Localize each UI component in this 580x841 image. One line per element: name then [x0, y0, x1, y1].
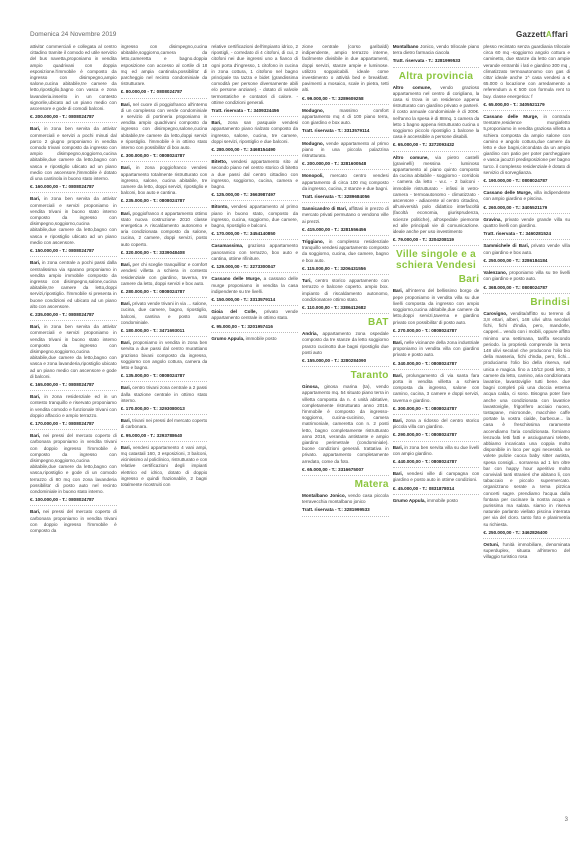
ad-location: Bari, — [393, 340, 403, 345]
classified-ad: Ginosa, ginosa marina (ta), vendo appart… — [302, 384, 389, 476]
ad-location: Bitetto, — [211, 159, 227, 164]
classified-ad: Bari, zona a ridosso del centro storico … — [393, 418, 480, 442]
ad-price-phone: €. 250.000,00 - T.: 3462826400 — [483, 530, 570, 536]
ad-location: Andria, — [302, 331, 318, 336]
ad-body: Montalbano Jonico, vendo casa piccola te… — [302, 493, 389, 505]
ad-price-phone: €. 65.000,00 - T.: 3316675007 — [302, 467, 389, 473]
ad-body: Monopoli, mercato centro vendesi apparta… — [302, 173, 389, 192]
ad-location: Bari, — [121, 385, 131, 390]
ad-price-phone: €. 190.000,00 - T.: 0808024787 — [483, 178, 570, 184]
ad-text: in contrada trentatre,residence murgiafe… — [483, 114, 570, 175]
ad-location: Bari, — [393, 373, 403, 378]
classified-ad: Bari, per chi sceglie tranquillita' e co… — [121, 262, 208, 298]
classified-ad: Cassano delle Murge, villa indipendente … — [483, 190, 570, 214]
ad-location: Bari, — [30, 260, 40, 265]
ad-body: Gioia del Colle, privato vende appartame… — [211, 309, 298, 321]
ad-location: Cassano delle Murge, — [211, 276, 261, 281]
classified-ad: Bari, zona san pasquale vendesi appartam… — [211, 120, 298, 156]
classified-ad: Triggiano, in complesso residenziale tra… — [302, 239, 389, 275]
ad-price-phone: Tratt. riservata - T.: 3409324456 — [211, 108, 298, 114]
ad-location: Bari, — [30, 433, 40, 438]
ad-location: Bari, — [30, 126, 40, 131]
ad-location: Bari, — [30, 509, 40, 514]
classified-ad: Bari, in zona ben servita da attivita' c… — [30, 126, 117, 193]
ad-location: Bari, — [121, 418, 131, 423]
section-heading: Ville singole e a schiera Vendesi — [393, 249, 480, 271]
classified-ad: Bari, nei pressi del mercato coperto di … — [30, 509, 117, 536]
classified-ad: relative certificazioni dell'impianto id… — [211, 44, 298, 117]
classified-ad: Valenzano, proponiamo villa su tre livel… — [483, 270, 570, 294]
section-heading: Matera — [302, 479, 389, 490]
ad-body: Bari, in zona residenziale ed in un cont… — [30, 394, 117, 419]
classified-ad: Bari, centro trivani zona centrale a 2 p… — [121, 385, 208, 415]
classified-ad: Bari, in zona ben servita da attivita' c… — [30, 324, 117, 391]
ad-location: Bari, — [393, 288, 403, 293]
ad-price-phone: €. 170.000,00 - T.: 0808024787 — [30, 421, 117, 427]
logo-part-2: ffari — [552, 30, 568, 39]
ad-price-phone: Tratt. riservata - T.: 3281999533 — [302, 507, 389, 513]
ad-price-phone: €. 300.000,00 - T.: 0808024787 — [121, 153, 208, 159]
ad-body: Sammichele di Bari, privato vende villa … — [483, 243, 570, 255]
ad-body: Turi, centro storico appartamento con te… — [302, 278, 389, 303]
ad-text: ingresso con disimpegno,cucina abitabile… — [121, 44, 208, 86]
ad-text: zona a ridosso del centro storico piccol… — [393, 418, 480, 429]
ad-body: Andria, appartamento zona ospedale compo… — [302, 331, 389, 356]
ad-body: Bari, trivani nei pressi del mercato cop… — [121, 418, 208, 430]
ad-body: Ginosa, ginosa marina (ta), vendo appart… — [302, 384, 389, 465]
ad-price-phone: €. 110.000,00 - T.: 3386412682 — [302, 305, 389, 311]
classified-ad: Cassano delle Murge, in contrada trentat… — [483, 114, 570, 187]
classified-ad: zione centrale (corso garibaldi) indipen… — [302, 44, 389, 105]
ad-location: Bari, — [121, 301, 131, 306]
ad-location: Ginosa, — [302, 384, 319, 389]
issue-date: Domenica 24 Novembre 2019 — [30, 31, 116, 38]
ad-location: Bari, — [121, 340, 131, 345]
classified-ad: Bari, nel cuore di poggiofranco all'inte… — [121, 102, 208, 163]
ad-body: Bari, in zona ben servita da attivita' c… — [30, 324, 117, 380]
ad-price-phone: €. 280.000,00 - T.: 0808024787 — [121, 289, 208, 295]
ad-price-phone: €. 170.000,00 - T.: 3293080013 — [121, 406, 208, 412]
ad-text: attivita' commerciali e collegata al cen… — [30, 44, 117, 111]
ad-price-phone: €. 320.000,00 - T.: 3339048408 — [121, 250, 208, 256]
ad-body: Bari, zona a ridosso del centro storico … — [393, 418, 480, 430]
ad-text: vendo grazioso appartamento nel centro d… — [393, 85, 480, 140]
section-heading: Brindisi — [483, 297, 570, 308]
ad-body: Bari, nel cuore di poggiofranco all'inte… — [121, 102, 208, 152]
ad-body: Bari, in zona centrale a pochi passi dal… — [30, 260, 117, 310]
ad-text: in zona ben servita villa su due livelli… — [393, 445, 480, 456]
classified-ad: Bari, nelle vicinanze della zona industr… — [393, 340, 480, 370]
ad-price-phone: €. 235.000,00 - T.: 0808024787 — [30, 312, 117, 318]
ad-location: Bari, — [393, 418, 403, 423]
ad-location: Montalbano Jonico, — [302, 493, 346, 498]
classified-ad: Bari, in zona poggiofranco vendesi appar… — [121, 165, 208, 207]
ad-location: Altro comune, — [393, 85, 432, 90]
ad-price-phone: €. 79.000,00 - T.: 3204208119 — [393, 237, 480, 243]
section-heading: BAT — [302, 317, 389, 328]
ad-text: prolungamento di via santa fara porta in… — [393, 373, 480, 403]
ad-text: via pietro castelli (gravinelli) messina… — [393, 155, 480, 234]
classified-ad: Bari, proponiamo in vendita in zona ben … — [121, 340, 208, 382]
ad-location: Gioia del Colle, — [211, 309, 257, 314]
ad-text: immobile posto — [426, 498, 458, 503]
classified-ad: Modugno, vende appartamento al primo pia… — [302, 141, 389, 171]
ad-text: centro storico appartamento con terrazzo… — [302, 278, 389, 302]
ad-body: Bari, nei pressi del mercato coperto di … — [30, 509, 117, 534]
ad-location: Sannicandro di Bari, — [302, 206, 347, 211]
classified-ad: Sannicandro di Bari, affittasi in prezzo… — [302, 206, 389, 236]
ad-location: Turi, — [302, 278, 312, 283]
ad-body: zione centrale (corso garibaldi) indipen… — [302, 44, 389, 94]
classified-ad: plesso recintato senza guardiania triloc… — [483, 44, 570, 111]
ad-text: zione centrale (corso garibaldi) indipen… — [302, 44, 389, 92]
ad-location: Valenzano, — [483, 270, 507, 275]
ad-location: Bari, — [30, 196, 40, 201]
ad-body: Bari, vendesi ville di campagna con giar… — [393, 471, 480, 483]
classified-ad: Altro comune, vendo grazioso appartament… — [393, 85, 480, 152]
ad-body: Bitonto, vendesi appartamento al primo p… — [211, 204, 298, 229]
classified-ad: Grumo Appula, immobile posto — [393, 498, 480, 506]
ad-price-phone: €. 440.000,00 - T.: 0808024787 — [393, 459, 480, 465]
ad-text: per chi sceglie tranquillita' e comfort … — [121, 262, 208, 286]
ad-body: attivita' commerciali e collegata al cen… — [30, 44, 117, 112]
ad-location: Bari, — [30, 394, 40, 399]
ad-price-phone: €. 260.000,00 - T.: 3405521179 — [483, 205, 570, 211]
ad-text: in zona ben servita da attivita' commerc… — [30, 196, 117, 244]
ad-body: Triggiano, in complesso residenziale tra… — [302, 239, 389, 264]
ad-text: nelle vicinanze della zona industriale p… — [393, 340, 480, 357]
ad-location: Grumo Appula, — [211, 336, 244, 341]
ad-text: proponiamo in vendita in zona ben servit… — [121, 340, 208, 370]
classified-ad: Monopoli, mercato centro vendesi apparta… — [302, 173, 389, 203]
ad-price-phone: €. 150.000,00 - T.: 3313579114 — [211, 297, 298, 303]
ad-text: ginosa marina (ta), vendo appartamento m… — [302, 384, 389, 463]
ad-price-phone: €. 80.000,00 - T.: 0808024787 — [121, 89, 208, 95]
ad-body: Carovigno, vendita/affitto su terreno di… — [483, 311, 570, 528]
column-2: ingresso con disimpegno,cucina abitabile… — [121, 44, 208, 814]
ad-price-phone: €. 300.000,00 - T.: 0808024787 — [393, 406, 480, 412]
ad-location: Bitonto, — [211, 204, 228, 209]
ad-location: Sammichele di Bari, — [483, 243, 529, 248]
ad-text: vendita/affitto su terreno di 3,8 ettari… — [483, 311, 570, 527]
classified-ad: Bari, in zona ben servita da attivita' c… — [30, 196, 117, 257]
ad-price-phone: €. 200.000,00 - T.: 3281600548 — [302, 161, 389, 167]
classified-ad: Montalbano Jonico, vendo trilocale piano… — [393, 44, 480, 68]
ad-body: Bari, privato vende trivani in via ... s… — [121, 301, 208, 326]
ad-price-phone: €. 65.000,00 - T.: 3272093432 — [393, 142, 480, 148]
ad-location: Bari, — [121, 211, 131, 216]
ad-body: Altro comune, vendo grazioso appartament… — [393, 85, 480, 141]
ad-location: Montalbano — [393, 44, 419, 49]
ad-location: Bari, — [211, 120, 221, 125]
ad-body: Bari, vendesi appartamento 4 vani ampi, … — [121, 445, 208, 488]
logo-part-1: Gazzett — [516, 30, 546, 39]
classified-ad: Cassano delle Murge, a cassano delle mur… — [211, 276, 298, 306]
ad-body: Cassano delle Murge, a cassano delle mur… — [211, 276, 298, 295]
ad-body: Bari, zona san pasquale vendesi appartam… — [211, 120, 298, 145]
ad-location: Bari, — [121, 102, 131, 107]
ad-price-phone: €. 200.000,00 - T.: 0808024787 — [30, 114, 117, 120]
ad-price-phone: €. 170.000,00 - T.: 3454140850 — [211, 231, 298, 237]
classified-ad: Bari, trivani nei pressi del mercato cop… — [121, 418, 208, 442]
column-6: plesso recintato senza guardiania triloc… — [483, 44, 570, 814]
ad-body: Bari, all'interno del bellissimo borgo d… — [393, 288, 480, 325]
ad-price-phone: €. 180.000,00 - T.: 3471693011 — [121, 328, 208, 334]
ad-body: Bari, in zona ben servita da attivita' c… — [30, 126, 117, 182]
classified-ad: Bari, prolungamento di via santa fara po… — [393, 373, 480, 415]
classified-ad: Bari, in zona ben servita villa su due l… — [393, 445, 480, 469]
ad-body: Bari, per chi sceglie tranquillita' e co… — [121, 262, 208, 287]
ad-location: Cassano delle Murge, — [483, 114, 538, 119]
ad-body: Grumo Appula, immobile posto — [393, 498, 480, 504]
ad-body: Montalbano Jonico, vendo trilocale piano… — [393, 44, 480, 56]
ad-body: Bari, proponiamo in vendita in zona ben … — [121, 340, 208, 371]
classified-ad: Altro comune, via pietro castelli (gravi… — [393, 155, 480, 247]
ad-price-phone: Tratt. riservata - T.: 3281999533 — [393, 58, 480, 64]
page-number: 3 — [565, 817, 568, 823]
ad-price-phone: €. 290.000,00 - T.: 0808024787 — [393, 432, 480, 438]
ad-body: Bitetto, vendesi appartamento sito al se… — [211, 159, 298, 190]
ad-price-phone: €. 115.000,00 - T.: 3206431556 — [302, 266, 389, 272]
ad-location: Bari, — [121, 165, 131, 170]
ad-text: zona san pasquale vendesi appartamento p… — [211, 120, 298, 144]
section-heading: Altra provincia — [393, 71, 480, 82]
classified-ad: Bari, vendesi appartamento 4 vani ampi, … — [121, 445, 208, 490]
publication-logo: GazzettAffari — [516, 30, 568, 39]
ad-price-phone: Tratt. riservata - T.: 3460281524 — [483, 231, 570, 237]
ad-text: nei pressi del mercato coperto di carbon… — [30, 509, 117, 533]
ad-price-phone: €. 95.000,00 - T.: 3293788640 — [121, 433, 208, 439]
ad-location: Altro comune, — [393, 155, 429, 160]
page-header: Domenica 24 Novembre 2019 GazzettAffari — [30, 28, 568, 40]
ad-body: Bari, poggiofranco 4 appartamento ottimo… — [121, 211, 208, 248]
ad-price-phone: €. 250.000,00 - T.: 3286184184 — [483, 258, 570, 264]
ad-body: Altro comune, via pietro castelli (gravi… — [393, 155, 480, 236]
classified-ad: attivita' commerciali e collegata al cen… — [30, 44, 117, 123]
classified-ad: Bari, in zona residenziale ed in un cont… — [30, 394, 117, 430]
ad-price-phone: €. 165.000,00 - T.: 0808024787 — [30, 382, 117, 388]
column-1: attivita' commerciali e collegata al cen… — [30, 44, 117, 814]
classified-ad: Grumo Appula, immobile posto — [211, 336, 298, 344]
ad-location: Carovigno, — [483, 311, 507, 316]
ad-location: Modugno, — [302, 141, 324, 146]
ad-location: Bari, — [30, 324, 40, 329]
ad-price-phone: €. 95.000,00 - T.: 3201957416 — [211, 324, 298, 330]
ad-price-phone: €. 65.000,00 - T.: 3405521179 — [483, 102, 570, 108]
ad-text: in zona centrale a pochi passi dalla cen… — [30, 260, 117, 308]
ad-body: Modugno, massimo comfort appartamento mq… — [302, 108, 389, 127]
ad-price-phone: €. 368.000,00 - T.: 0808024787 — [483, 285, 570, 291]
ad-location: Bari, — [393, 445, 403, 450]
ad-location: Casamassima, — [211, 243, 243, 248]
classified-ad: Bitetto, vendesi appartamento sito al se… — [211, 159, 298, 201]
ad-body: Bari, in zona ben servita villa su due l… — [393, 445, 480, 457]
classified-ad: Bari, poggiofranco 4 appartamento ottimo… — [121, 211, 208, 259]
ad-text: plesso recintato senza guardiania triloc… — [483, 44, 570, 99]
ad-price-phone: €. 135.000,00 - T.: 0808024787 — [121, 373, 208, 379]
classified-ad: Gravina, privato vende grande villa su q… — [483, 217, 570, 241]
classified-ad: Bari, nei pressi del mercato coperto di … — [30, 433, 117, 506]
ad-text: nei pressi del mercato coperto di carbon… — [30, 433, 117, 494]
ad-price-phone: €. 150.000,00 - T.: 0808024787 — [30, 248, 117, 254]
ad-text: in zona residenziale ed in un contesto t… — [30, 394, 117, 418]
ad-text: in zona ben servita da attivita' commerc… — [30, 126, 117, 181]
ad-body: Bari, centro trivani zona centrale a 2 p… — [121, 385, 208, 404]
ad-location: Bari, — [121, 445, 131, 450]
column-3: relative certificazioni dell'impianto id… — [211, 44, 298, 814]
ad-body: Grumo Appula, immobile posto — [211, 336, 298, 342]
ad-text: in zona ben servita da attivita' commerc… — [30, 324, 117, 379]
classified-ad: Bari, in zona centrale a pochi passi dal… — [30, 260, 117, 321]
ad-body: ingresso con disimpegno,cucina abitabile… — [121, 44, 208, 87]
classifieds-columns: attivita' commerciali e collegata al cen… — [30, 44, 570, 814]
ad-location: Ostuni, — [483, 542, 499, 547]
classified-ad: Turi, centro storico appartamento con te… — [302, 278, 389, 314]
ad-text: poggiofranco 4 appartamento ottimo stato… — [121, 211, 208, 247]
ad-text: trivani nei pressi del mercato coperto d… — [121, 418, 208, 429]
classified-ad: Andria, appartamento zona ospedale compo… — [302, 331, 389, 367]
ad-text: vendesi appartamento 4 vani ampi, mq cat… — [121, 445, 208, 487]
ad-body: Sannicandro di Bari, affittasi in prezzo… — [302, 206, 389, 225]
ad-price-phone: €. 155.000,00 - T.: 3280284090 — [302, 358, 389, 364]
ad-price-phone: €. 280.000,00 - T.: 3468154490 — [211, 147, 298, 153]
ad-body: Modugno, vende appartamento al primo pia… — [302, 141, 389, 160]
ad-price-phone: €. 415.000,00 - T.: 3281556456 — [302, 227, 389, 233]
ad-body: Valenzano, proponiamo villa su tre livel… — [483, 270, 570, 282]
classified-ad: Montalbano Jonico, vendo casa piccola te… — [302, 493, 389, 517]
ad-text: immobile posto — [244, 336, 276, 341]
ad-price-phone: €. 160.000,00 - T.: 0808024787 — [30, 184, 117, 190]
ad-text: privato vende trivani in via ... salone,… — [121, 301, 208, 325]
ad-text: relative certificazioni dell'impianto id… — [211, 44, 298, 105]
ad-price-phone: €. 270.000,00 - T.: 0808024787 — [393, 328, 480, 334]
ad-location: Bari, — [121, 262, 131, 267]
ad-body: relative certificazioni dell'impianto id… — [211, 44, 298, 106]
ad-price-phone: €. 125.000,00 - T.: 3663987497 — [211, 192, 298, 198]
ad-price-phone: €. 235.000,00 - T.: 0808024787 — [121, 198, 208, 204]
ad-price-phone: €. 129.000,00 - T.: 3273300047 — [211, 264, 298, 270]
ad-price-phone: €. 45.000,00 - T.: 0831878014 — [393, 486, 480, 492]
ad-body: Casamassima, grazioso appartamento panor… — [211, 243, 298, 262]
section-heading: Bari — [393, 274, 480, 285]
ad-location: Grumo Appula, — [393, 498, 426, 503]
ad-body: Bari, in zona poggiofranco vendesi appar… — [121, 165, 208, 196]
ad-price-phone: €. 99.000,00 - T.: 3289609258 — [302, 96, 389, 102]
ad-body: Bari, prolungamento di via santa fara po… — [393, 373, 480, 404]
classified-ad: Bari, all'interno del bellissimo borgo d… — [393, 288, 480, 336]
ad-body: Bari, nei pressi del mercato coperto di … — [30, 433, 117, 495]
classified-ad: Gioia del Colle, privato vende appartame… — [211, 309, 298, 333]
ad-price-phone: €. 340.000,00 - T.: 0808024787 — [393, 361, 480, 367]
ad-body: Bari, nelle vicinanze della zona industr… — [393, 340, 480, 359]
classified-ad: Modugno, massimo comfort appartamento mq… — [302, 108, 389, 138]
ad-text: all'interno del bellissimo borgo de pepe… — [393, 288, 480, 324]
ad-text: centro trivani zona centrale a 2 passi d… — [121, 385, 208, 402]
ad-price-phone: Tratt. riservata - T.: 3313579114 — [302, 128, 389, 134]
classified-ad: Casamassima, grazioso appartamento panor… — [211, 243, 298, 273]
classified-ad: Bari, vendesi ville di campagna con giar… — [393, 471, 480, 495]
ad-text: vendesi ville di campagna con giardino e… — [393, 471, 480, 482]
ad-body: Cassano delle Murge, villa indipendente … — [483, 190, 570, 202]
ad-price-phone: Tratt. riservata - T.: 3289684056 — [302, 194, 389, 200]
ad-body: Bari, in zona ben servita da attivita' c… — [30, 196, 117, 246]
ad-location: Bari, — [393, 471, 403, 476]
ad-price-phone: €. 100.000,00 - T.: 0808024787 — [30, 497, 117, 503]
ad-location: Triggiano, — [302, 239, 324, 244]
ad-body: Gravina, privato vende grande villa su q… — [483, 217, 570, 229]
section-heading: Taranto — [302, 370, 389, 381]
ad-body: Cassano delle Murge, in contrada trentat… — [483, 114, 570, 176]
classified-ad: ingresso con disimpegno,cucina abitabile… — [121, 44, 208, 99]
column-5: Montalbano Jonico, vendo trilocale piano… — [393, 44, 480, 814]
ad-body: plesso recintato senza guardiania triloc… — [483, 44, 570, 100]
ad-text: in zona poggiofranco vendesi appartament… — [121, 165, 208, 195]
classified-ad: Sammichele di Bari, privato vende villa … — [483, 243, 570, 267]
ad-location: Cassano delle Murge, — [483, 190, 532, 195]
classified-ad: Ostuni, l'unità immobiliare, denominata … — [483, 542, 570, 563]
column-4: zione centrale (corso garibaldi) indipen… — [302, 44, 389, 814]
ad-body: Ostuni, l'unità immobiliare, denominata … — [483, 542, 570, 561]
ad-text: nel cuore di poggiofranco all'interno di… — [121, 102, 208, 150]
classified-ad: Carovigno, vendita/affitto su terreno di… — [483, 311, 570, 539]
classified-ad: Bari, privato vende trivani in via ... s… — [121, 301, 208, 337]
ad-location: Modugno, — [302, 108, 324, 113]
classified-ad: Bitonto, vendesi appartamento al primo p… — [211, 204, 298, 240]
ad-location: Gravina, — [483, 217, 501, 222]
ad-location: Monopoli, — [302, 173, 324, 178]
